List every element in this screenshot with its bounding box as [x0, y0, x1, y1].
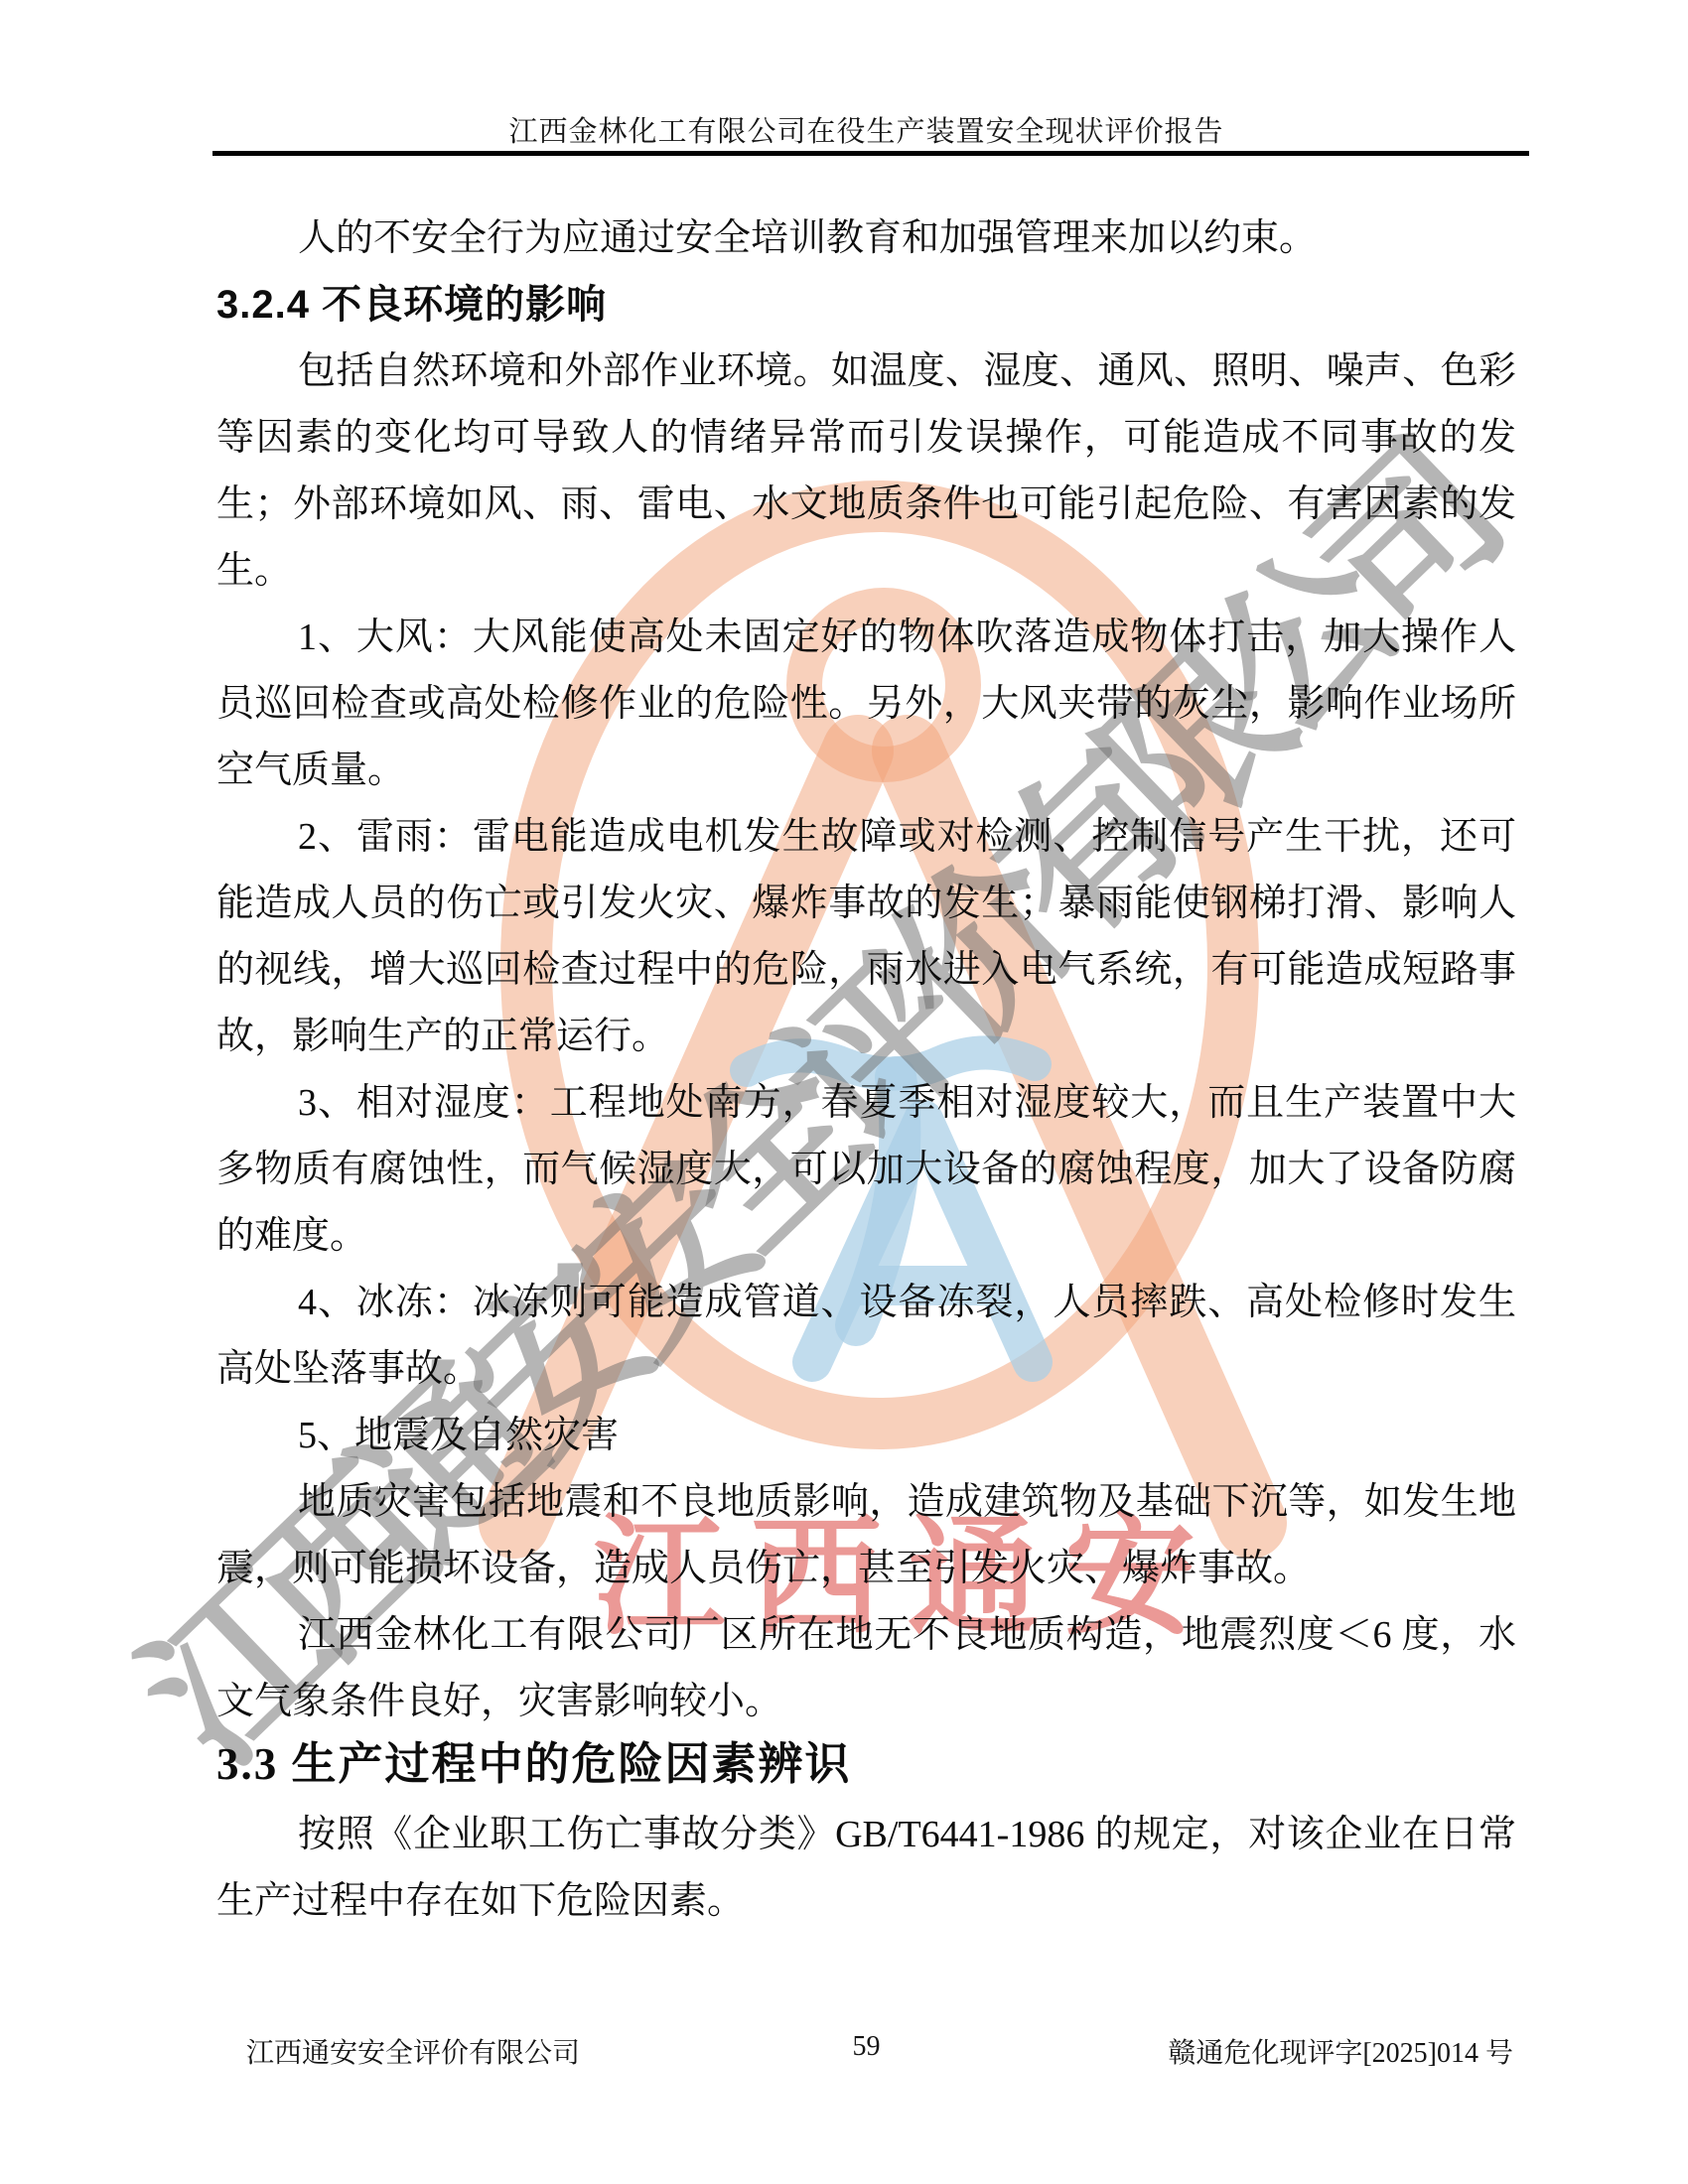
body-text-line: 能造成人员的伤亡或引发火灾、爆炸事故的发生；暴雨能使钢梯打滑、影响人 — [216, 881, 1516, 926]
body-text-line: 员巡回检查或高处检修作业的危险性。另外，大风夹带的灰尘，影响作业场所 — [216, 681, 1516, 727]
body-text-line: 文气象条件良好，灾害影响较小。 — [216, 1679, 1516, 1724]
body-text-line: 震，则可能损坏设备，造成人员伤亡，甚至引发火灾、爆炸事故。 — [216, 1546, 1516, 1591]
body-text-line: 4、冰冻：冰冻则可能造成管道、设备冻裂，人员摔跌、高处检修时发生 — [216, 1280, 1516, 1325]
body-text-line: 的难度。 — [216, 1213, 1516, 1259]
body-text-line: 空气质量。 — [216, 748, 1516, 793]
body-text-line: 生。 — [216, 548, 1516, 594]
text-layer: 人的不安全行为应通过安全培训教育和加强管理来加以约束。3.2.4 不良环境的影响… — [0, 0, 1688, 2184]
body-text-line: 2、雷雨：雷电能造成电机发生故障或对检测、控制信号产生干扰，还可 — [216, 814, 1516, 860]
body-text-line: 的视线，增大巡回检查过程中的危险，雨水进入电气系统，有可能造成短路事 — [216, 947, 1516, 993]
body-text-line: 江西金林化工有限公司厂区所在地无不良地质构造，地震烈度＜6 度，水 — [216, 1612, 1516, 1658]
section-heading: 3.3 生产过程中的危险因素辨识 — [216, 1741, 1516, 1787]
body-text-line: 包括自然环境和外部作业环境。如温度、湿度、通风、照明、噪声、色彩 — [216, 348, 1516, 394]
report-page: 江西通安安全评价有限公司 江西通安 江西金林化工有限公司在役生产装置安全现状评价… — [0, 0, 1688, 2184]
body-text-line: 地质灾害包括地震和不良地质影响，造成建筑物及基础下沉等，如发生地 — [216, 1479, 1516, 1525]
body-text-line: 生产过程中存在如下危险因素。 — [216, 1878, 1516, 1924]
page-footer: 江西通安安全评价有限公司 59 赣通危化现评字[2025]014 号 — [0, 2031, 1688, 2071]
section-heading: 3.2.4 不良环境的影响 — [216, 282, 1516, 328]
body-text-line: 人的不安全行为应通过安全培训教育和加强管理来加以约束。 — [216, 215, 1516, 261]
body-text-line: 生；外部环境如风、雨、雷电、水文地质条件也可能引起危险、有害因素的发 — [216, 481, 1516, 527]
body-text-line: 高处坠落事故。 — [216, 1346, 1516, 1392]
body-text-line: 1、大风：大风能使高处未固定好的物体吹落造成物体打击，加大操作人 — [216, 614, 1516, 660]
body-text-line: 故，影响生产的正常运行。 — [216, 1014, 1516, 1059]
body-text-line: 等因素的变化均可导致人的情绪异常而引发误操作，可能造成不同事故的发 — [216, 415, 1516, 461]
body-text-line: 多物质有腐蚀性，而气候湿度大，可以加大设备的腐蚀程度，加大了设备防腐 — [216, 1147, 1516, 1192]
footer-document-number: 赣通危化现评字[2025]014 号 — [1168, 2031, 1513, 2071]
body-text-line: 3、相对湿度：工程地处南方，春夏季相对湿度较大，而且生产装置中大 — [216, 1080, 1516, 1126]
body-text-line: 按照《企业职工伤亡事故分类》GB/T6441-1986 的规定，对该企业在日常 — [216, 1812, 1516, 1857]
body-text-line: 5、地震及自然灾害 — [216, 1413, 1516, 1458]
